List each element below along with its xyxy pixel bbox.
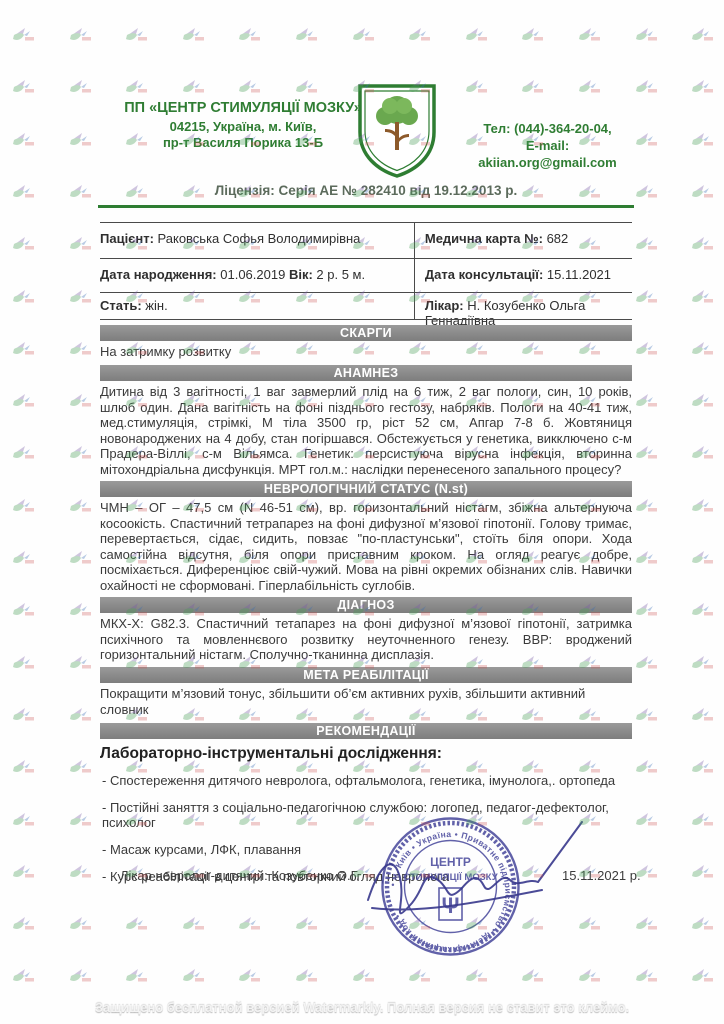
- hummingbird-icon: [691, 969, 717, 985]
- hummingbird-icon: [578, 969, 604, 985]
- hummingbird-icon: [69, 133, 95, 149]
- hummingbird-icon: [12, 603, 38, 619]
- hummingbird-icon: [691, 708, 717, 724]
- hummingbird-icon: [12, 917, 38, 933]
- neuro-status-text: ЧМН – ОГ – 47,5 см (N 46-51 см), вр. гор…: [100, 500, 632, 593]
- hummingbird-icon: [12, 28, 38, 44]
- hummingbird-icon: [69, 446, 95, 462]
- anamnesis-text: Дитина від 3 вагітності, 1 ваг завмерлий…: [100, 384, 632, 477]
- hummingbird-icon: [12, 290, 38, 306]
- hummingbird-icon: [238, 80, 264, 96]
- birthdate-age-cell: Дата народження: 01.06.2019 Вік: 2 р. 5 …: [100, 258, 414, 292]
- hummingbird-icon: [69, 551, 95, 567]
- hummingbird-icon: [69, 813, 95, 829]
- hummingbird-icon: [635, 813, 661, 829]
- hummingbird-icon: [635, 551, 661, 567]
- hummingbird-icon: [182, 28, 208, 44]
- hummingbird-icon: [691, 446, 717, 462]
- company-address-line2: пр-т Василя Порика 13-Б: [118, 135, 368, 151]
- hummingbird-icon: [12, 185, 38, 201]
- doctor-signature-line: Лікар невролог-дитячий: Козубенко О.Г.: [120, 868, 360, 883]
- hummingbird-icon: [635, 708, 661, 724]
- hummingbird-icon: [352, 969, 378, 985]
- hummingbird-icon: [295, 28, 321, 44]
- hummingbird-icon: [69, 917, 95, 933]
- company-address-line1: 04215, Україна, м. Київ,: [118, 119, 368, 135]
- complaints-text: На затримку розвитку: [100, 344, 632, 360]
- dob-value: 01.06.2019: [217, 267, 289, 282]
- recommendation-item: - Спостереження дитячого невролога, офта…: [102, 773, 632, 788]
- section-header-complaints: СКАРГИ: [100, 325, 632, 341]
- hummingbird-icon: [465, 80, 491, 96]
- hummingbird-icon: [691, 603, 717, 619]
- hummingbird-icon: [69, 28, 95, 44]
- hummingbird-icon: [69, 969, 95, 985]
- hummingbird-icon: [125, 969, 151, 985]
- hummingbird-icon: [635, 237, 661, 253]
- hummingbird-icon: [12, 342, 38, 358]
- hummingbird-icon: [295, 80, 321, 96]
- section-header-anamnesis: АНАМНЕЗ: [100, 365, 632, 381]
- handwritten-signature-mark: [360, 808, 595, 948]
- hummingbird-icon: [69, 656, 95, 672]
- hummingbird-icon: [465, 28, 491, 44]
- hummingbird-icon: [691, 551, 717, 567]
- hummingbird-icon: [635, 28, 661, 44]
- section-header-neuro-status: НЕВРОЛОГІЧНИЙ СТАТУС (N.st): [100, 481, 632, 497]
- rehab-goal-text: Покращити м’язовий тонус, збільшити об’є…: [100, 686, 632, 718]
- hummingbird-icon: [635, 603, 661, 619]
- section-header-rehab-goal: МЕТА РЕАБІЛІТАЦІЇ: [100, 667, 632, 683]
- doctor-label: Лікар:: [425, 298, 464, 313]
- hummingbird-icon: [465, 969, 491, 985]
- hummingbird-icon: [691, 813, 717, 829]
- header-divider-rule: [98, 205, 634, 208]
- card-value: 682: [543, 231, 568, 246]
- hummingbird-icon: [182, 969, 208, 985]
- hummingbird-icon: [12, 813, 38, 829]
- sex-value: жін.: [142, 298, 168, 313]
- hummingbird-icon: [69, 760, 95, 776]
- age-value: 2 р. 5 м.: [313, 267, 365, 282]
- hummingbird-icon: [691, 133, 717, 149]
- hummingbird-icon: [352, 28, 378, 44]
- hummingbird-icon: [691, 185, 717, 201]
- hummingbird-icon: [635, 80, 661, 96]
- hummingbird-icon: [521, 969, 547, 985]
- hummingbird-icon: [691, 917, 717, 933]
- sex-label: Стать:: [100, 298, 142, 313]
- hummingbird-icon: [521, 28, 547, 44]
- hummingbird-icon: [691, 290, 717, 306]
- age-label: Вік:: [289, 267, 313, 282]
- company-name: ПП «ЦЕНТР СТИМУЛЯЦІЇ МОЗКУ»: [118, 100, 368, 116]
- card-label: Медична карта №:: [425, 231, 543, 246]
- scanned-medical-report-page: ПП «ЦЕНТР СТИМУЛЯЦІЇ МОЗКУ» 04215, Украї…: [0, 0, 724, 1024]
- hummingbird-icon: [125, 80, 151, 96]
- hummingbird-icon: [125, 28, 151, 44]
- hummingbird-icon: [69, 708, 95, 724]
- hummingbird-icon: [69, 80, 95, 96]
- hummingbird-icon: [295, 969, 321, 985]
- patient-name-cell: Пацієнт: Раковська Софья Володимирівна: [100, 222, 414, 258]
- hummingbird-icon: [182, 917, 208, 933]
- hummingbird-icon: [635, 969, 661, 985]
- hummingbird-icon: [12, 656, 38, 672]
- table-bottom-border: [100, 319, 632, 320]
- hummingbird-icon: [238, 917, 264, 933]
- hummingbird-icon: [12, 237, 38, 253]
- hummingbird-icon: [635, 760, 661, 776]
- contact-block: Тел: (044)-364-20-04, E-mail: akiian.org…: [455, 120, 640, 171]
- hummingbird-icon: [69, 185, 95, 201]
- hummingbird-icon: [691, 342, 717, 358]
- hummingbird-icon: [635, 290, 661, 306]
- hummingbird-icon: [578, 80, 604, 96]
- hummingbird-icon: [12, 551, 38, 567]
- hummingbird-icon: [691, 80, 717, 96]
- hummingbird-icon: [238, 969, 264, 985]
- hummingbird-icon: [635, 394, 661, 410]
- company-block: ПП «ЦЕНТР СТИМУЛЯЦІЇ МОЗКУ» 04215, Украї…: [118, 100, 368, 151]
- hummingbird-icon: [635, 342, 661, 358]
- hummingbird-icon: [69, 394, 95, 410]
- consult-label: Дата консультації:: [425, 267, 543, 282]
- hummingbird-icon: [521, 80, 547, 96]
- hummingbird-icon: [12, 133, 38, 149]
- hummingbird-icon: [69, 237, 95, 253]
- doctor-cell: Лікар: Н. Козубенко Ольга Геннадіївна: [414, 292, 632, 319]
- hummingbird-icon: [182, 80, 208, 96]
- patient-label: Пацієнт:: [100, 231, 154, 246]
- hummingbird-icon: [691, 28, 717, 44]
- hummingbird-icon: [12, 446, 38, 462]
- hummingbird-icon: [295, 917, 321, 933]
- hummingbird-icon: [69, 342, 95, 358]
- hummingbird-icon: [12, 865, 38, 881]
- hummingbird-icon: [69, 603, 95, 619]
- consult-value: 15.11.2021: [543, 267, 611, 282]
- phone-line: Тел: (044)-364-20-04,: [455, 120, 640, 137]
- hummingbird-icon: [12, 394, 38, 410]
- hummingbird-icon: [691, 499, 717, 515]
- card-number-cell: Медична карта №: 682: [414, 222, 632, 258]
- section-header-diagnosis: ДІАГНОЗ: [100, 597, 632, 613]
- hummingbird-icon: [691, 760, 717, 776]
- hummingbird-icon: [408, 969, 434, 985]
- hummingbird-icon: [635, 185, 661, 201]
- hummingbird-icon: [691, 394, 717, 410]
- section-header-recommendations: РЕКОМЕНДАЦІЇ: [100, 723, 632, 739]
- sex-cell: Стать: жін.: [100, 292, 414, 319]
- hummingbird-icon: [635, 446, 661, 462]
- clinic-tree-shield-logo-icon: [352, 80, 442, 180]
- recommendations-heading: Лабораторно-інструментальні дослідження:: [100, 745, 632, 763]
- hummingbird-icon: [238, 28, 264, 44]
- hummingbird-icon: [691, 656, 717, 672]
- hummingbird-icon: [408, 28, 434, 44]
- patient-value: Раковська Софья Володимирівна: [154, 231, 361, 246]
- hummingbird-icon: [12, 969, 38, 985]
- hummingbird-icon: [125, 917, 151, 933]
- watermarkly-notice: Защищено бесплатной версией Watermarkly.…: [0, 1000, 724, 1015]
- hummingbird-icon: [12, 80, 38, 96]
- email-line: E-mail: akiian.org@gmail.com: [455, 137, 640, 171]
- hummingbird-icon: [578, 28, 604, 44]
- hummingbird-icon: [691, 865, 717, 881]
- license-line: Ліцензія: Серія АЕ № 282410 від 19.12.20…: [100, 183, 632, 198]
- hummingbird-icon: [635, 499, 661, 515]
- hummingbird-icon: [635, 917, 661, 933]
- hummingbird-icon: [12, 760, 38, 776]
- hummingbird-icon: [69, 865, 95, 881]
- consult-date-cell: Дата консультації: 15.11.2021: [414, 258, 632, 292]
- hummingbird-icon: [69, 290, 95, 306]
- dob-label: Дата народження:: [100, 267, 217, 282]
- hummingbird-icon: [12, 499, 38, 515]
- hummingbird-icon: [691, 237, 717, 253]
- hummingbird-icon: [635, 656, 661, 672]
- diagnosis-text: МКХ-Х: G82.3. Спастичний тетапарез на фо…: [100, 616, 632, 663]
- patient-info-table: Пацієнт: Раковська Софья Володимирівна М…: [100, 222, 632, 319]
- hummingbird-icon: [12, 708, 38, 724]
- hummingbird-icon: [69, 499, 95, 515]
